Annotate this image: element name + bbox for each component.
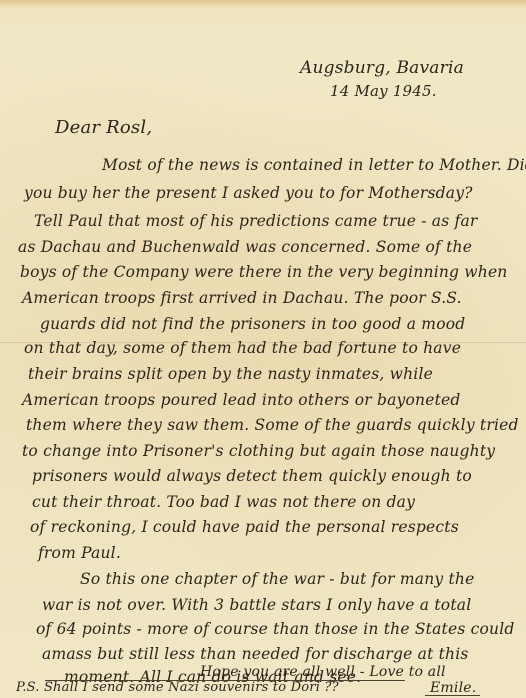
closing: Hope you are all well - Love to all (200, 664, 446, 680)
body-line: to change into Prisoner's clothing but a… (22, 442, 495, 460)
body-line: prisoners would always detect them quick… (32, 467, 472, 485)
body-line: as Dachau and Buchenwald was concerned. … (18, 238, 472, 256)
body-line: boys of the Company were there in the ve… (20, 263, 508, 281)
letter-page: Augsburg, Bavaria 14 May 1945. Dear Rosl… (0, 0, 526, 698)
header-date: 14 May 1945. (330, 82, 437, 100)
body-line: of 64 points - more of course than those… (36, 620, 515, 638)
body-line: amass but still less than needed for dis… (42, 645, 469, 663)
body-line: guards did not find the prisoners in too… (40, 315, 465, 333)
header-place: Augsburg, Bavaria (300, 58, 464, 78)
body-line: you buy her the present I asked you to f… (24, 184, 473, 202)
body-line: American troops poured lead into others … (22, 391, 461, 409)
body-line: war is not over. With 3 battle stars I o… (42, 596, 471, 614)
body-line: of reckoning, I could have paid the pers… (30, 518, 459, 536)
body-line: cut their throat. Too bad I was not ther… (32, 493, 415, 511)
body-line: So this one chapter of the war - but for… (80, 570, 474, 588)
postscript: P.S. Shall I send some Nazi souvenirs to… (16, 680, 339, 695)
body-line: them where they saw them. Some of the gu… (26, 416, 519, 434)
body-line: Most of the news is contained in letter … (102, 156, 526, 174)
salutation: Dear Rosl, (55, 117, 152, 138)
body-line: from Paul. (38, 544, 121, 562)
body-line: on that day, some of them had the bad fo… (24, 339, 461, 357)
body-line: American troops first arrived in Dachau.… (22, 289, 462, 307)
body-line: their brains split open by the nasty inm… (28, 365, 433, 383)
signature: Emile. (430, 680, 476, 696)
body-line: Tell Paul that most of his predictions c… (34, 212, 478, 230)
signature-underline (425, 695, 480, 696)
